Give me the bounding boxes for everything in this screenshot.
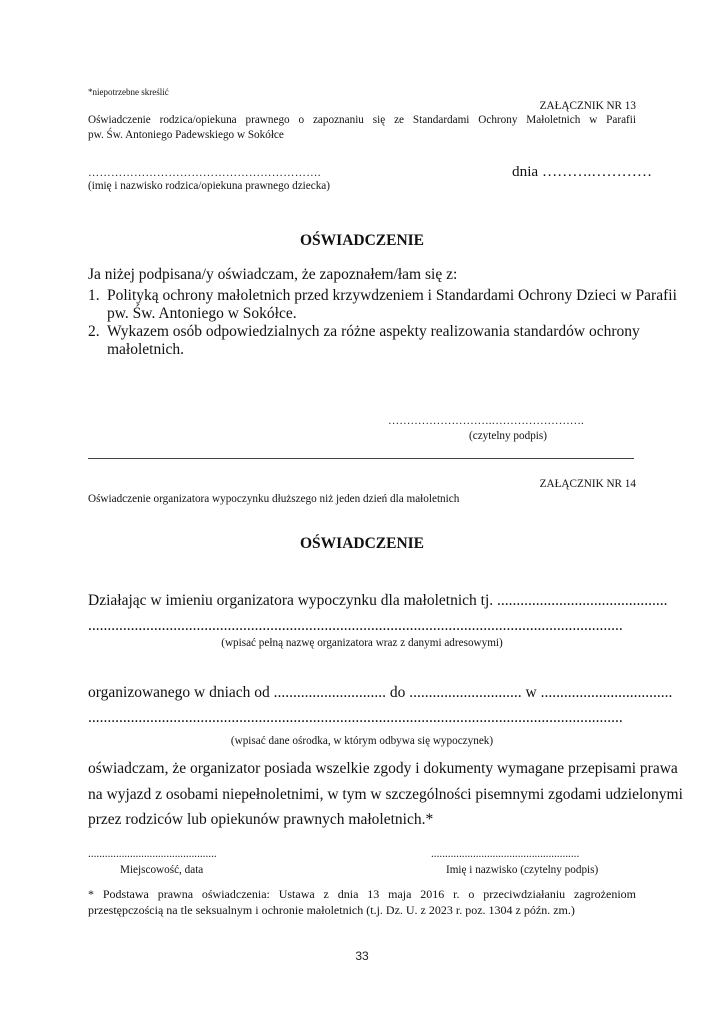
date-field[interactable]: dnia ……….………… [512,163,652,181]
footnote-line1: * Podstawa prawna oświadczenia: Ustawa z… [88,887,636,902]
parent-name-field[interactable]: ……………………………………………………. [88,167,321,179]
attachment-13-subtitle-line2: pw. Św. Antoniego Padewskiego w Sokółce [88,129,284,141]
statement-line-2: na wyjazd z osobami niepełnoletnimi, w t… [88,786,636,804]
organizer-name-field[interactable]: ........................................… [88,617,636,635]
list-item-1-line1: Polityką ochrony małoletnich przed krzyw… [107,287,637,305]
signature-caption-13: (czytelny podpis) [469,430,547,442]
list-item-1-line2: pw. Św. Antoniego w Sokółce. [107,305,297,323]
footnote-line2: przestępczością na tle seksualnym i ochr… [88,903,575,918]
signature-field-14[interactable]: ........................................… [431,848,579,860]
signature-field-13[interactable]: ……………………….……………………. [388,415,584,427]
declaration-heading-14: OŚWIADCZENIE [0,535,724,553]
venue-caption: (wpisać dane ośrodka, w którym odbywa si… [0,735,724,747]
declaration-heading-13: OŚWIADCZENIE [0,232,724,250]
list-item-2-line2: małoletnich. [107,341,184,359]
attachment-13-label: ZAŁĄCZNIK NR 13 [540,100,636,112]
note-cross-out: *niepotrzebne skreślić [88,87,169,97]
organizer-caption: (wpisać pełną nazwę organizatora wraz z … [0,637,724,649]
organizer-line[interactable]: Działając w imieniu organizatora wypoczy… [88,592,668,610]
signature-caption-14: Imię i nazwisko (czytelny podpis) [446,864,598,876]
statement-line-3: przez rodziców lub opiekunów prawnych ma… [88,811,433,829]
dates-location-line[interactable]: organizowanego w dniach od .............… [88,684,672,702]
declaration-intro: Ja niżej podpisana/y oświadczam, że zapo… [88,266,457,284]
venue-field[interactable]: ........................................… [88,709,636,727]
list-item-number-2: 2. [88,323,100,341]
section-divider [88,458,634,459]
list-item-2-line1: Wykazem osób odpowiedzialnych za różne a… [107,323,637,341]
place-date-field[interactable]: ........................................… [88,848,217,860]
place-date-caption: Miejscowość, data [120,864,203,876]
attachment-14-label: ZAŁĄCZNIK NR 14 [540,478,636,490]
parent-name-caption: (imię i nazwisko rodzica/opiekuna prawne… [88,180,330,192]
list-item-number-1: 1. [88,287,100,305]
attachment-14-subtitle: Oświadczenie organizatora wypoczynku dłu… [88,493,459,505]
statement-line-1: oświadczam, że organizator posiada wszel… [88,760,636,778]
page-number: 33 [0,949,724,963]
attachment-13-subtitle-line1: Oświadczenie rodzica/opiekuna prawnego o… [88,114,636,126]
